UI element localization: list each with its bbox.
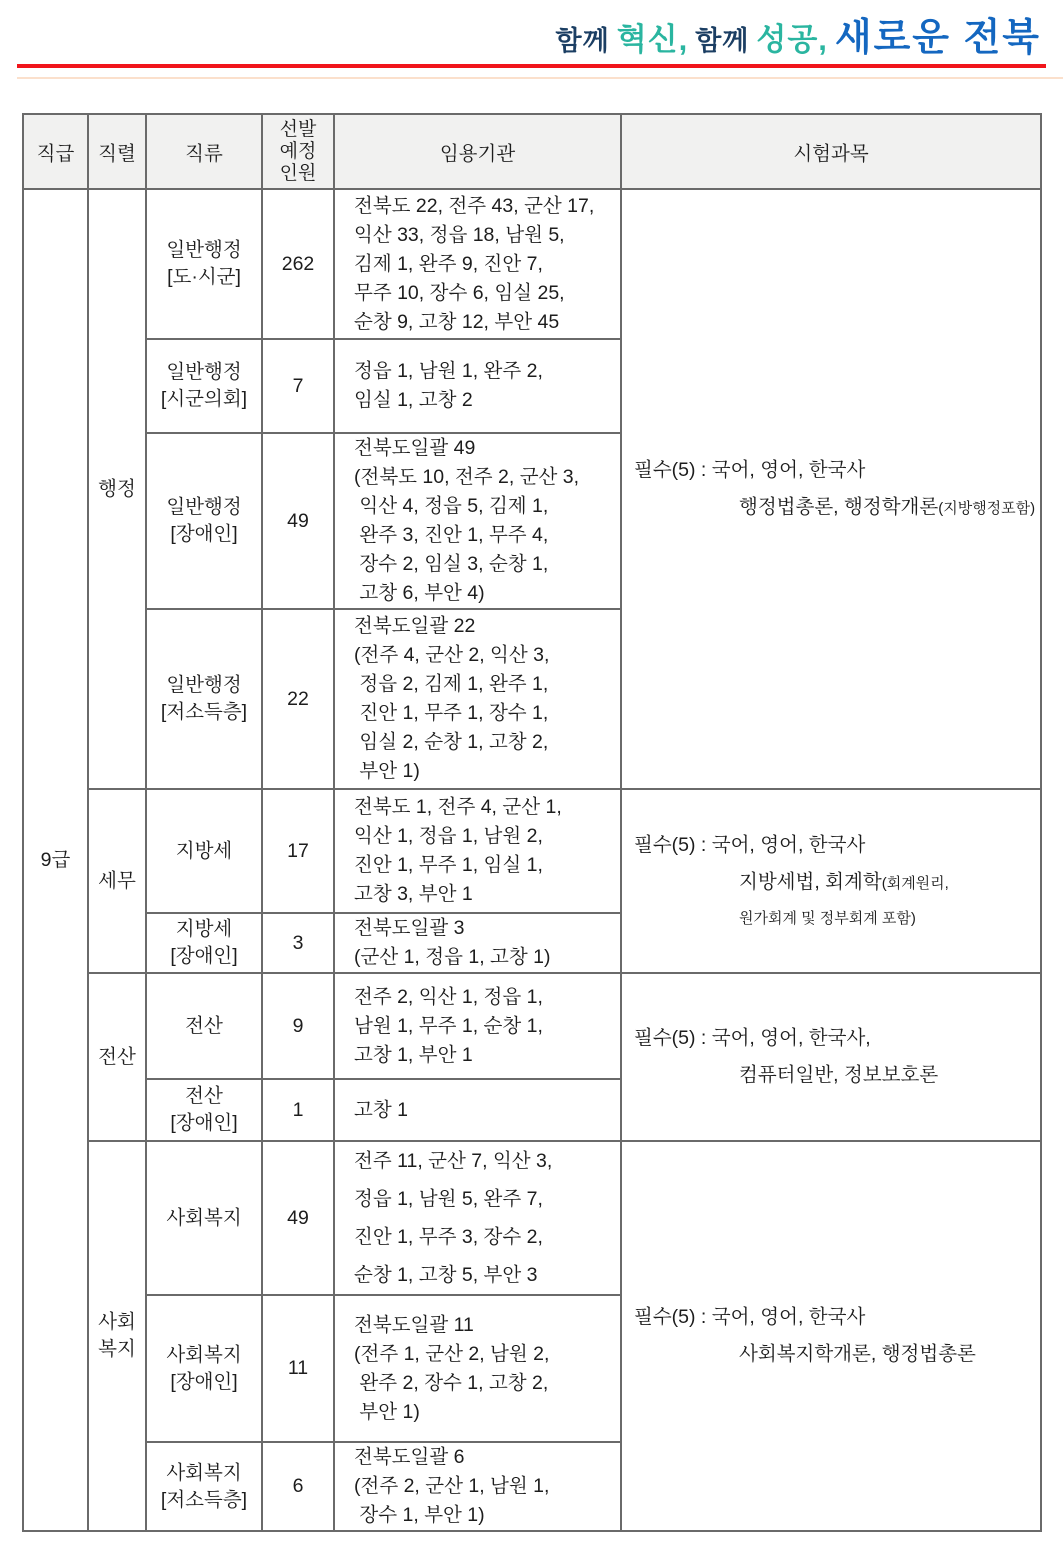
subject-electives-text: 행정법총론, 행정학개론 (739, 496, 938, 518)
slogan-segment: 혁신, (617, 14, 689, 59)
subject-electives-note2: 원가회계 및 정부회계 포함) (739, 902, 1040, 936)
brand-slogan: 함께 혁신, 함께 성공, 새로운 전북 (22, 6, 1041, 61)
subject-electives: 행정법총론, 행정학개론(지방행정포함) (739, 489, 1040, 527)
table-row: 9급 행정 일반행정 [도·시군] 262 전북도 22, 전주 43, 군산 … (23, 189, 1041, 339)
agency-cell: 전북도일괄 3 (군산 1, 정읍 1, 고창 1) (334, 913, 621, 973)
count-cell: 7 (262, 339, 334, 433)
subject-required: 필수(5) : 국어, 영어, 한국사 (634, 1299, 1040, 1336)
subject-electives: 사회복지학개론, 행정법총론 (739, 1336, 1040, 1373)
agency-cell: 전북도일괄 6 (전주 2, 군산 1, 남원 1, 장수 1, 부안 1) (334, 1442, 621, 1531)
series-cell-jeonsan: 전산 (88, 973, 146, 1141)
grade-cell: 9급 (23, 189, 88, 1531)
agency-cell: 전북도일괄 11 (전주 1, 군산 2, 남원 2, 완주 2, 장수 1, … (334, 1295, 621, 1442)
peach-divider-line (17, 77, 1063, 79)
subject-electives-text: 컴퓨터일반, 정보보호론 (739, 1064, 938, 1086)
count-cell: 11 (262, 1295, 334, 1442)
subject-electives: 컴퓨터일반, 정보보호론 (739, 1057, 1040, 1094)
count-cell: 1 (262, 1079, 334, 1141)
count-cell: 6 (262, 1442, 334, 1531)
header-subject: 시험과목 (621, 114, 1041, 189)
subject-cell-jeonsan: 필수(5) : 국어, 영어, 한국사, 컴퓨터일반, 정보보호론 (621, 973, 1041, 1141)
subject-required: 필수(5) : 국어, 영어, 한국사, (634, 1020, 1040, 1057)
agency-cell: 전주 11, 군산 7, 익산 3, 정읍 1, 남원 5, 완주 7, 진안 … (334, 1141, 621, 1295)
agency-cell: 정읍 1, 남원 1, 완주 2, 임실 1, 고창 2 (334, 339, 621, 433)
table-row: 세무 지방세 17 전북도 1, 전주 4, 군산 1, 익산 1, 정읍 1,… (23, 789, 1041, 913)
agency-cell: 전북도 22, 전주 43, 군산 17, 익산 33, 정읍 18, 남원 5… (334, 189, 621, 339)
table-header-row: 직급 직렬 직류 선발 예정 인원 임용기관 시험과목 (23, 114, 1041, 189)
table-row: 전산 전산 9 전주 2, 익산 1, 정읍 1, 남원 1, 무주 1, 순창… (23, 973, 1041, 1079)
count-cell: 49 (262, 1141, 334, 1295)
header-count: 선발 예정 인원 (262, 114, 334, 189)
header-jiryu: 직류 (146, 114, 262, 189)
agency-cell: 고창 1 (334, 1079, 621, 1141)
count-cell: 49 (262, 433, 334, 609)
series-cell-sahoebokji: 사회 복지 (88, 1141, 146, 1531)
jiryu-cell: 전산 (146, 973, 262, 1079)
series-cell-semu: 세무 (88, 789, 146, 973)
slogan-segment: 함께 (556, 19, 610, 58)
jiryu-cell: 일반행정 [시군의회] (146, 339, 262, 433)
jiryu-cell: 사회복지 [장애인] (146, 1295, 262, 1442)
agency-cell: 전북도 1, 전주 4, 군산 1, 익산 1, 정읍 1, 남원 2, 진안 … (334, 789, 621, 913)
header-series: 직렬 (88, 114, 146, 189)
jiryu-cell: 전산 [장애인] (146, 1079, 262, 1141)
subject-electives-text: 지방세법, 회계학 (739, 871, 882, 893)
subject-cell-semu: 필수(5) : 국어, 영어, 한국사 지방세법, 회계학(회계원리, 원가회계… (621, 789, 1041, 973)
table-row: 사회 복지 사회복지 49 전주 11, 군산 7, 익산 3, 정읍 1, 남… (23, 1141, 1041, 1295)
jiryu-cell: 지방세 (146, 789, 262, 913)
subject-electives: 지방세법, 회계학(회계원리, (739, 864, 1040, 902)
slogan-segment: 새로운 전북 (835, 6, 1041, 61)
subject-required: 필수(5) : 국어, 영어, 한국사 (634, 452, 1040, 489)
subject-electives-text: 사회복지학개론, 행정법총론 (739, 1343, 976, 1365)
jiryu-cell: 일반행정 [저소득층] (146, 609, 262, 789)
jiryu-cell: 지방세 [장애인] (146, 913, 262, 973)
header-grade: 직급 (23, 114, 88, 189)
header-agency: 임용기관 (334, 114, 621, 189)
subject-required: 필수(5) : 국어, 영어, 한국사 (634, 827, 1040, 864)
subject-cell-haengjeong: 필수(5) : 국어, 영어, 한국사 행정법총론, 행정학개론(지방행정포함) (621, 189, 1041, 789)
jiryu-cell: 일반행정 [장애인] (146, 433, 262, 609)
count-cell: 3 (262, 913, 334, 973)
agency-cell: 전주 2, 익산 1, 정읍 1, 남원 1, 무주 1, 순창 1, 고창 1… (334, 973, 621, 1079)
slogan-segment: 함께 (695, 19, 749, 58)
recruitment-table: 직급 직렬 직류 선발 예정 인원 임용기관 시험과목 9급 행정 일반행정 [… (22, 113, 1042, 1532)
jiryu-cell: 사회복지 [저소득층] (146, 1442, 262, 1531)
subject-cell-sahoebokji: 필수(5) : 국어, 영어, 한국사 사회복지학개론, 행정법총론 (621, 1141, 1041, 1531)
subject-electives-note: (지방행정포함) (938, 500, 1035, 517)
agency-cell: 전북도일괄 22 (전주 4, 군산 2, 익산 3, 정읍 2, 김제 1, … (334, 609, 621, 789)
slogan-segment: 성공, (756, 14, 828, 59)
jiryu-cell: 사회복지 (146, 1141, 262, 1295)
series-cell-haengjeong: 행정 (88, 189, 146, 789)
count-cell: 17 (262, 789, 334, 913)
subject-electives-note: (회계원리, (882, 875, 949, 892)
red-divider-line (17, 64, 1046, 68)
count-cell: 262 (262, 189, 334, 339)
page: 함께 혁신, 함께 성공, 새로운 전북 직급 직렬 직류 선발 예정 인원 임… (0, 0, 1063, 1549)
count-cell: 22 (262, 609, 334, 789)
jiryu-cell: 일반행정 [도·시군] (146, 189, 262, 339)
count-cell: 9 (262, 973, 334, 1079)
agency-cell: 전북도일괄 49 (전북도 10, 전주 2, 군산 3, 익산 4, 정읍 5… (334, 433, 621, 609)
